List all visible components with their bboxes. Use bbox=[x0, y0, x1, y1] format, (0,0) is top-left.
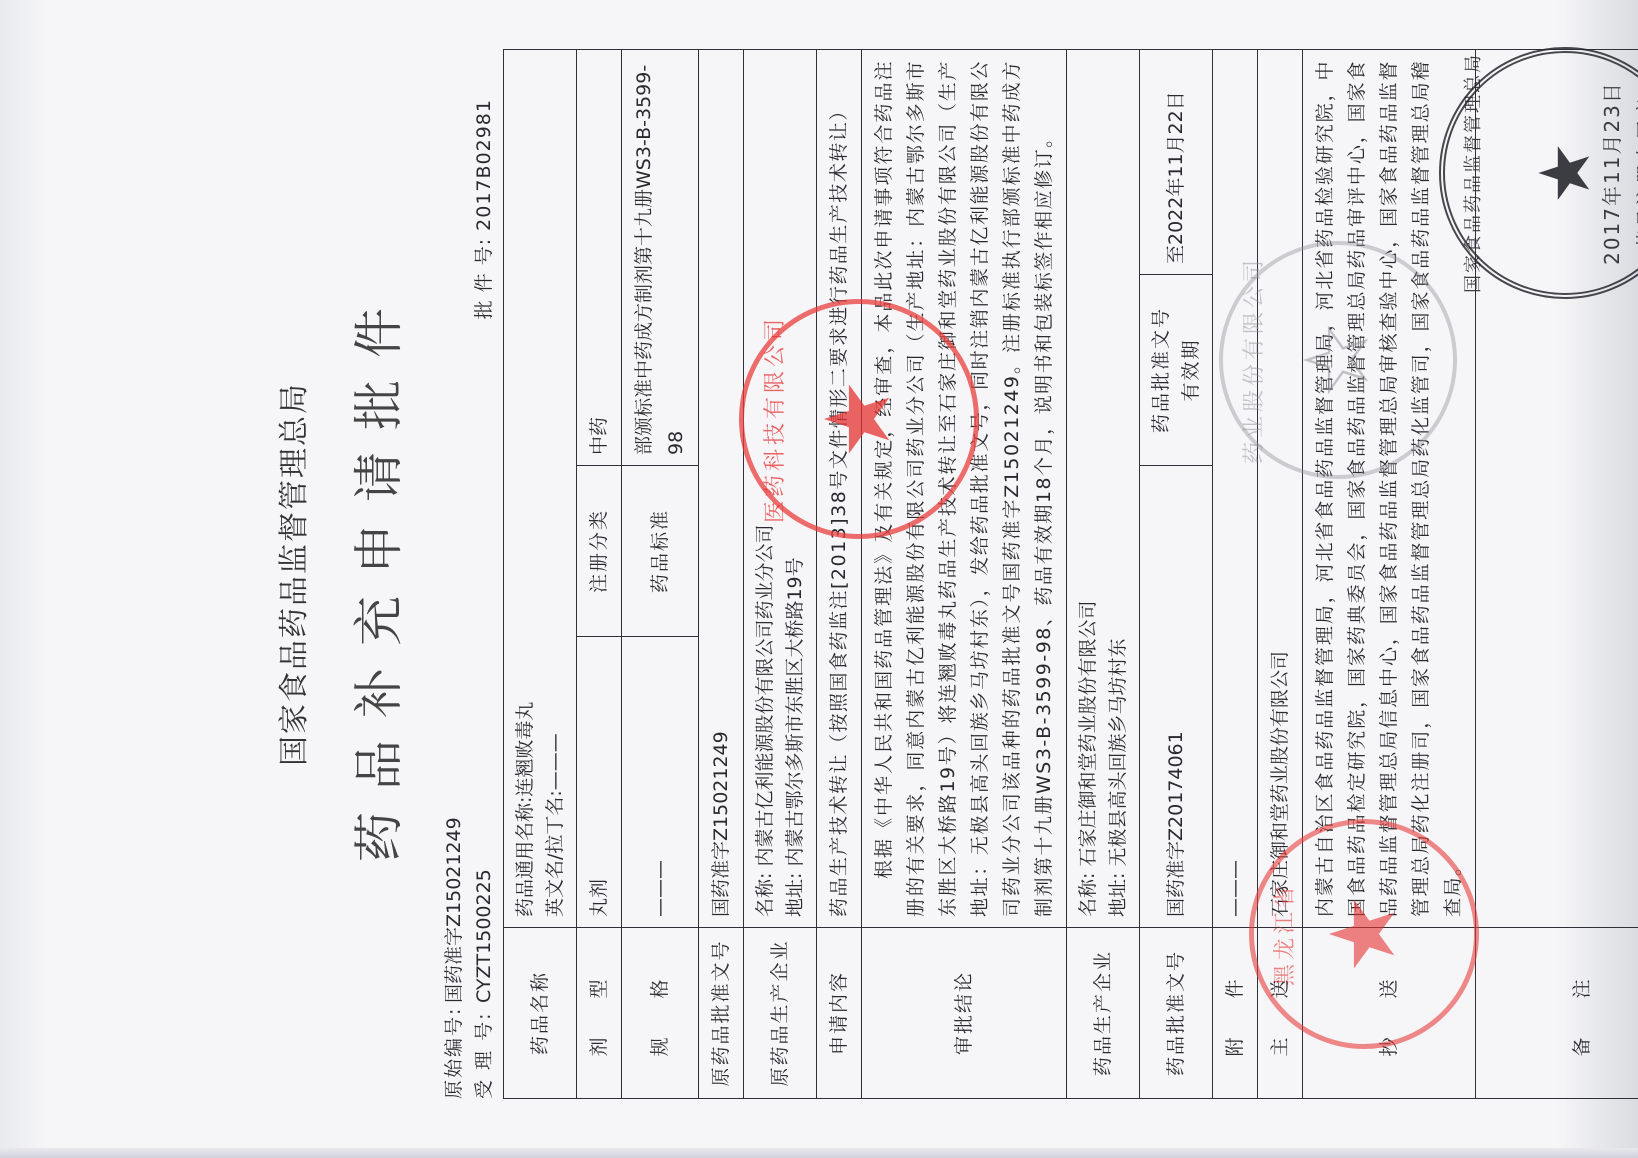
issuing-agency: 国家食品药品监督管理总局 bbox=[269, 89, 313, 1059]
orig-manufacturer: 名称: 内蒙古亿利能源股份有限公司药业分公司 地址: 内蒙古鄂尔多斯市东胜区大桥… bbox=[744, 50, 817, 928]
spec-label: 规 格 bbox=[622, 928, 699, 1099]
row-new-approval: 药品批准文号 国药准字Z20174061 药品批准文号有效期 至2022年11月… bbox=[1140, 50, 1213, 1099]
row-orig-approval: 原药品批准文号 国药准字Z15021249 bbox=[699, 50, 744, 1099]
registration-class-label: 注册分类 bbox=[577, 466, 622, 637]
new-manufacturer-label: 药品生产企业 bbox=[1067, 928, 1140, 1099]
conclusion-label: 审批结论 bbox=[862, 928, 1067, 1099]
row-new-manufacturer: 药品生产企业 名称: 石家庄御和堂药业股份有限公司 地址: 无极县高头回族乡马坊… bbox=[1067, 50, 1140, 1099]
row-cc: 抄 送 内蒙古自治区食品药品监督管理局，河北省食品药品监督管理局，河北省药品检验… bbox=[1303, 50, 1476, 1099]
original-no-label: 原始编号: bbox=[439, 1003, 469, 1099]
attachment-label: 附 件 bbox=[1213, 928, 1258, 1099]
new-manufacturer-addr: 无极县高头回族乡马坊村东 bbox=[1107, 639, 1129, 867]
row-attachment: 附 件 ——— bbox=[1213, 50, 1258, 1099]
validity-label: 药品批准文号有效期 bbox=[1140, 275, 1213, 466]
standard-label: 药品标准 bbox=[622, 466, 699, 637]
row-drug-name: 药品名称 药品通用名称:连翘败毒丸 英文名/拉丁名:——— bbox=[504, 50, 577, 1099]
accept-no: CYZT1500225 bbox=[469, 869, 499, 1003]
drug-name-label: 药品名称 bbox=[504, 928, 577, 1099]
row-send-to: 主 送 石家庄御和堂药业股份有限公司 bbox=[1258, 50, 1303, 1099]
new-approval: 国药准字Z20174061 bbox=[1140, 466, 1213, 928]
new-approval-label: 药品批准文号 bbox=[1140, 928, 1213, 1099]
orig-approval-label: 原药品批准文号 bbox=[699, 928, 744, 1099]
orig-approval: 国药准字Z15021249 bbox=[699, 50, 744, 928]
application-label: 申请内容 bbox=[817, 928, 862, 1099]
dosage-form: 丸剂 bbox=[577, 637, 622, 928]
attachment: ——— bbox=[1213, 50, 1258, 928]
dosage-form-label: 剂 型 bbox=[577, 928, 622, 1099]
english-name: ——— bbox=[544, 733, 566, 790]
remarks bbox=[1476, 50, 1638, 928]
application-content: 药品生产技术转让（按照国食药监注[2013]38号文件情形二要求进行药品生产技术… bbox=[817, 50, 862, 928]
batch-no: 批 件 号: 2017B02981 bbox=[469, 99, 499, 319]
row-remarks: 备 注 bbox=[1476, 50, 1638, 1099]
spec: ——— bbox=[622, 637, 699, 928]
document-meta: 原始编号:国药准字Z15021249 受 理 号:CYZT1500225 批 件… bbox=[439, 89, 499, 1099]
drug-name-cell: 药品通用名称:连翘败毒丸 英文名/拉丁名:——— bbox=[504, 50, 577, 928]
row-conclusion: 审批结论 根据《中华人民共和国药品管理法》及有关规定，经审查，本品此次申请事项符… bbox=[862, 50, 1067, 1099]
send-to: 石家庄御和堂药业股份有限公司 bbox=[1258, 50, 1303, 928]
cc-label: 抄 送 bbox=[1303, 928, 1476, 1099]
cc-list: 内蒙古自治区食品药品监督管理局，河北省食品药品监督管理局，河北省药品检验研究院，… bbox=[1303, 50, 1476, 928]
document-title: 药品补充申请批件 bbox=[339, 89, 411, 1059]
registration-class: 中药 bbox=[577, 50, 622, 466]
remarks-label: 备 注 bbox=[1476, 928, 1638, 1099]
row-dosage-form: 剂 型 丸剂 注册分类 中药 bbox=[577, 50, 622, 1099]
generic-name: 连翘败毒丸 bbox=[514, 702, 536, 797]
row-spec: 规 格 ——— 药品标准 部颁标准中药成方制剂第十九册WS3-B-3599-98 bbox=[622, 50, 699, 1099]
new-manufacturer-name: 石家庄御和堂药业股份有限公司 bbox=[1077, 601, 1099, 867]
orig-manufacturer-name: 内蒙古亿利能源股份有限公司药业分公司 bbox=[754, 525, 776, 867]
orig-manufacturer-addr: 内蒙古鄂尔多斯市东胜区大桥路19号 bbox=[784, 557, 806, 866]
original-no: 国药准字Z15021249 bbox=[439, 817, 469, 1003]
scan-edge bbox=[0, 1148, 1638, 1158]
standard: 部颁标准中药成方制剂第十九册WS3-B-3599-98 bbox=[622, 50, 699, 466]
send-to-label: 主 送 bbox=[1258, 928, 1303, 1099]
approval-document: 国家食品药品监督管理总局 药品补充申请批件 原始编号:国药准字Z15021249… bbox=[119, 59, 1519, 1099]
conclusion-content: 根据《中华人民共和国药品管理法》及有关规定，经审查，本品此次申请事项符合药品注册… bbox=[862, 50, 1067, 928]
approval-form-table: 药品名称 药品通用名称:连翘败毒丸 英文名/拉丁名:——— 剂 型 丸剂 注册分… bbox=[503, 49, 1638, 1099]
row-application: 申请内容 药品生产技术转让（按照国食药监注[2013]38号文件情形二要求进行药… bbox=[817, 50, 862, 1099]
row-orig-manufacturer: 原药品生产企业 名称: 内蒙古亿利能源股份有限公司药业分公司 地址: 内蒙古鄂尔… bbox=[744, 50, 817, 1099]
validity: 至2022年11月22日 bbox=[1140, 50, 1213, 275]
accept-no-label: 受 理 号: bbox=[469, 1003, 499, 1099]
orig-manufacturer-label: 原药品生产企业 bbox=[744, 928, 817, 1099]
new-manufacturer: 名称: 石家庄御和堂药业股份有限公司 地址: 无极县高头回族乡马坊村东 bbox=[1067, 50, 1140, 928]
